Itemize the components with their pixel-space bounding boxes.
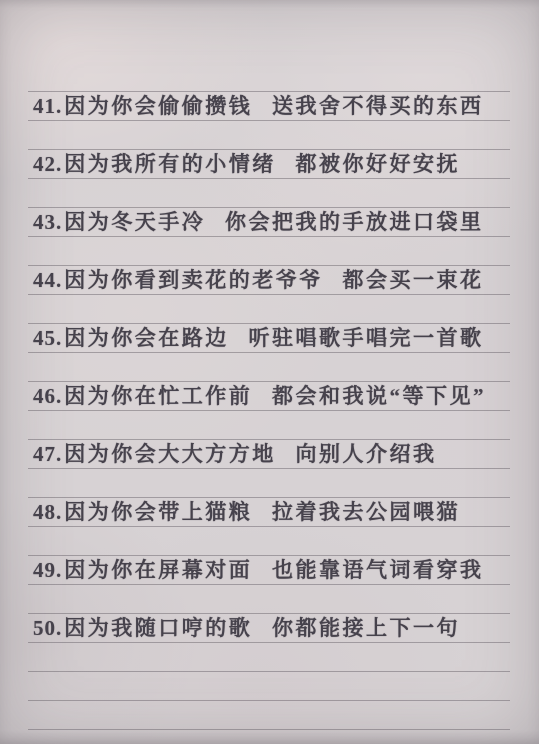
item-text: 因为你会在路边 听驻唱歌手唱完一首歌 <box>64 326 483 350</box>
item-number: 43. <box>33 210 62 234</box>
photographed-note-page: 41.因为你会偷偷攒钱 送我舍不得买的东西 42.因为我所有的小情绪 都被你好好… <box>0 0 539 744</box>
item-number: 49. <box>33 558 62 582</box>
item-text: 因为你会偷偷攒钱 送我舍不得买的东西 <box>64 94 483 118</box>
list-item: 45.因为你会在路边 听驻唱歌手唱完一首歌 <box>28 323 515 352</box>
item-number: 50. <box>33 616 62 640</box>
item-number: 47. <box>33 442 62 466</box>
item-text: 因为你看到卖花的老爷爷 都会买一束花 <box>64 268 483 292</box>
list-item: 48.因为你会带上猫粮 拉着我去公园喂猫 <box>28 497 515 526</box>
item-text: 因为冬天手冷 你会把我的手放进口袋里 <box>64 210 483 234</box>
item-text: 因为我所有的小情绪 都被你好好安抚 <box>64 152 460 176</box>
list-item: 47.因为你会大大方方地 向别人介绍我 <box>28 439 515 468</box>
item-number: 41. <box>33 94 62 118</box>
list-item: 42.因为我所有的小情绪 都被你好好安抚 <box>28 149 515 178</box>
item-text: 因为你会大大方方地 向别人介绍我 <box>64 442 436 466</box>
item-number: 45. <box>33 326 62 350</box>
list-item: 44.因为你看到卖花的老爷爷 都会买一束花 <box>28 265 515 294</box>
item-text: 因为我随口哼的歌 你都能接上下一句 <box>64 616 460 640</box>
item-text: 因为你在屏幕对面 也能靠语气词看穿我 <box>64 558 483 582</box>
item-number: 48. <box>33 500 62 524</box>
list-item: 49.因为你在屏幕对面 也能靠语气词看穿我 <box>28 555 515 584</box>
item-number: 46. <box>33 384 62 408</box>
item-text: 因为你会带上猫粮 拉着我去公园喂猫 <box>64 500 460 524</box>
item-text: 因为你在忙工作前 都会和我说“等下见” <box>64 384 486 408</box>
list-item: 41.因为你会偷偷攒钱 送我舍不得买的东西 <box>28 91 515 120</box>
list-item: 46.因为你在忙工作前 都会和我说“等下见” <box>28 381 515 410</box>
list-item: 50.因为我随口哼的歌 你都能接上下一句 <box>28 613 515 642</box>
item-number: 42. <box>33 152 62 176</box>
list-item: 43.因为冬天手冷 你会把我的手放进口袋里 <box>28 207 515 236</box>
item-number: 44. <box>33 268 62 292</box>
